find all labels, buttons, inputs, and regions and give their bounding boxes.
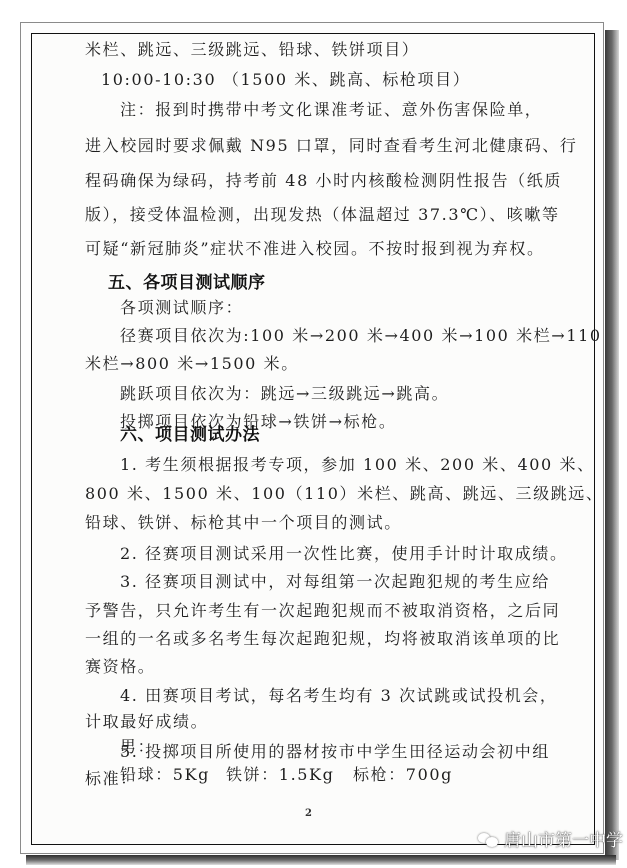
male-label: 男：	[120, 737, 155, 757]
watermark-text: 唐山市第一中学	[504, 826, 623, 851]
text-line: 可疑“新冠肺炎”症状不准进入校园。不按时报到视为弃权。	[85, 239, 545, 259]
text-line: 各项测试顺序：	[120, 298, 243, 318]
text-line: 进入校园时要求佩戴 N95 口罩，同时查看考生河北健康码、行	[85, 136, 578, 156]
text-line: 予警告，只允许考生有一次起跑犯规而不被取消资格，之后同	[85, 601, 560, 621]
section-heading-5: 五、各项目测试顺序	[108, 273, 266, 293]
text-line: 1. 考生须根据报考专项，参加 100 米、200 米、400 米、	[120, 455, 595, 475]
text-line: 5. 投掷项目所使用的器材按市中学生田径运动会初中组	[120, 742, 550, 762]
wechat-icon	[478, 831, 500, 847]
equipment-javelin: 标枪：700g	[353, 765, 453, 785]
text-line: 计取最好成绩。	[85, 712, 208, 732]
page-number: 2	[305, 808, 312, 819]
equipment-discus: 铁饼：1.5Kg	[226, 765, 334, 785]
text-line: 一组的一名或多名考生每次起跑犯规，均将被取消该单项的比	[85, 629, 560, 649]
text-line: 径赛项目依次为:100 米→200 米→400 米→100 米栏→110	[120, 326, 602, 346]
text-line: 4. 田赛项目考试，每名考生均有 3 次试跳或试投机会，	[120, 686, 558, 706]
note-line: 注：报到时携带中考文化课准考证、意外伤害保险单，	[120, 100, 542, 120]
section-heading-6: 六、项目测试办法	[120, 425, 260, 445]
schedule-line: 10:00-10:30 （1500 米、跳高、标枪项目）	[101, 70, 470, 90]
text-line: 赛资格。	[85, 657, 155, 677]
text-line: 铅球、铁饼、标枪其中一个项目的测试。	[85, 513, 402, 533]
text-line: 跳跃项目依次为：跳远→三级跳远→跳高。	[120, 384, 449, 404]
text-line: 程码确保为绿码，持考前 48 小时内核酸检测阴性报告（纸质	[85, 171, 562, 191]
equipment-shot-put: 铅球：5Kg	[120, 765, 210, 785]
text-line: 米栏→800 米→1500 米。	[85, 354, 299, 374]
text-line: 800 米、1500 米、100（110）米栏、跳高、跳远、三级跳远、	[85, 484, 604, 504]
text-line: 米栏、跳远、三级跳远、铅球、铁饼项目）	[85, 40, 419, 60]
watermark: 唐山市第一中学	[478, 826, 623, 851]
text-line: 2. 径赛项目测试采用一次性比赛，使用手计时计取成绩。	[120, 544, 568, 564]
text-line: 3. 径赛项目测试中，对每组第一次起跑犯规的考生应给	[120, 572, 550, 592]
page-shadow-right	[605, 30, 619, 860]
page-shadow-bottom	[26, 855, 616, 865]
text-line: 版），接受体温检测，出现发热（体温超过 37.3℃）、咳嗽等	[85, 205, 560, 225]
